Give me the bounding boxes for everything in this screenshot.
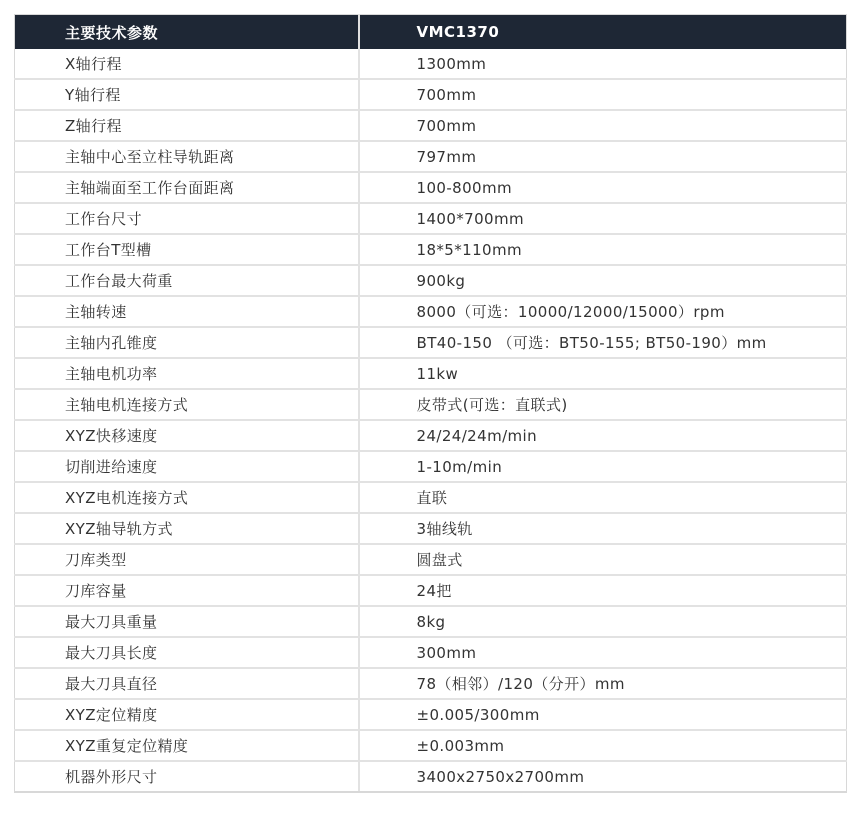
param-cell: 主轴中心至立柱导轨距离: [15, 141, 359, 172]
value-cell: BT40-150 （可选：BT50-155; BT50-190）mm: [359, 327, 847, 358]
table-row: 主轴内孔锥度 BT40-150 （可选：BT50-155; BT50-190）m…: [15, 327, 847, 358]
param-cell: 主轴端面至工作台面距离: [15, 172, 359, 203]
table-row: 刀库类型 圆盘式: [15, 544, 847, 575]
param-cell: 主轴内孔锥度: [15, 327, 359, 358]
param-cell: 刀库容量: [15, 575, 359, 606]
param-cell: 刀库类型: [15, 544, 359, 575]
param-cell: X轴行程: [15, 49, 359, 79]
value-cell: 900kg: [359, 265, 847, 296]
table-row: 刀库容量 24把: [15, 575, 847, 606]
table-row: 最大刀具重量 8kg: [15, 606, 847, 637]
value-cell: 78（相邻）/120（分开）mm: [359, 668, 847, 699]
value-cell: 24/24/24m/min: [359, 420, 847, 451]
table-row: 主轴电机功率 11kw: [15, 358, 847, 389]
table-row: Y轴行程 700mm: [15, 79, 847, 110]
value-cell: 圆盘式: [359, 544, 847, 575]
value-cell: 1300mm: [359, 49, 847, 79]
table-header-row: 主要技术参数 VMC1370: [15, 15, 847, 50]
value-cell: 100-800mm: [359, 172, 847, 203]
value-cell: 700mm: [359, 79, 847, 110]
table-row: XYZ轴导轨方式 3轴线轨: [15, 513, 847, 544]
value-cell: 3轴线轨: [359, 513, 847, 544]
param-cell: XYZ定位精度: [15, 699, 359, 730]
value-cell: ±0.005/300mm: [359, 699, 847, 730]
value-cell: 1400*700mm: [359, 203, 847, 234]
value-cell: 1-10m/min: [359, 451, 847, 482]
table-row: 工作台T型槽 18*5*110mm: [15, 234, 847, 265]
param-cell: 主轴转速: [15, 296, 359, 327]
table-row: XYZ定位精度 ±0.005/300mm: [15, 699, 847, 730]
value-cell: 24把: [359, 575, 847, 606]
param-cell: XYZ电机连接方式: [15, 482, 359, 513]
table-row: XYZ重复定位精度 ±0.003mm: [15, 730, 847, 761]
value-cell: 797mm: [359, 141, 847, 172]
table-row: 主轴中心至立柱导轨距离 797mm: [15, 141, 847, 172]
table-row: X轴行程 1300mm: [15, 49, 847, 79]
param-cell: 最大刀具直径: [15, 668, 359, 699]
param-cell: XYZ轴导轨方式: [15, 513, 359, 544]
param-cell: 工作台最大荷重: [15, 265, 359, 296]
table-row: 切削进给速度 1-10m/min: [15, 451, 847, 482]
param-cell: Z轴行程: [15, 110, 359, 141]
value-cell: 皮带式(可选：直联式): [359, 389, 847, 420]
table-row: Z轴行程 700mm: [15, 110, 847, 141]
value-cell: 300mm: [359, 637, 847, 668]
value-cell: ±0.003mm: [359, 730, 847, 761]
param-cell: 工作台T型槽: [15, 234, 359, 265]
value-cell: 18*5*110mm: [359, 234, 847, 265]
param-cell: 主轴电机连接方式: [15, 389, 359, 420]
param-cell: 主轴电机功率: [15, 358, 359, 389]
value-cell: 8kg: [359, 606, 847, 637]
param-cell: 切削进给速度: [15, 451, 359, 482]
table-row: 最大刀具长度 300mm: [15, 637, 847, 668]
table-row: 机器外形尺寸 3400x2750x2700mm: [15, 761, 847, 792]
spec-table: 主要技术参数 VMC1370 X轴行程 1300mm Y轴行程 700mm Z轴…: [14, 14, 847, 793]
table-row: XYZ快移速度 24/24/24m/min: [15, 420, 847, 451]
param-cell: XYZ重复定位精度: [15, 730, 359, 761]
value-cell: 700mm: [359, 110, 847, 141]
table-row: XYZ电机连接方式 直联: [15, 482, 847, 513]
table-row: 主轴转速 8000（可选：10000/12000/15000）rpm: [15, 296, 847, 327]
param-cell: 最大刀具重量: [15, 606, 359, 637]
value-cell: 直联: [359, 482, 847, 513]
table-row: 工作台尺寸 1400*700mm: [15, 203, 847, 234]
table-row: 主轴电机连接方式 皮带式(可选：直联式): [15, 389, 847, 420]
model-header: VMC1370: [359, 15, 847, 50]
value-cell: 3400x2750x2700mm: [359, 761, 847, 792]
value-cell: 8000（可选：10000/12000/15000）rpm: [359, 296, 847, 327]
param-cell: 机器外形尺寸: [15, 761, 359, 792]
table-row: 主轴端面至工作台面距离 100-800mm: [15, 172, 847, 203]
param-header: 主要技术参数: [15, 15, 359, 50]
table-row: 最大刀具直径 78（相邻）/120（分开）mm: [15, 668, 847, 699]
value-cell: 11kw: [359, 358, 847, 389]
param-cell: 工作台尺寸: [15, 203, 359, 234]
param-cell: XYZ快移速度: [15, 420, 359, 451]
param-cell: 最大刀具长度: [15, 637, 359, 668]
page: 主要技术参数 VMC1370 X轴行程 1300mm Y轴行程 700mm Z轴…: [0, 0, 860, 828]
param-cell: Y轴行程: [15, 79, 359, 110]
table-row: 工作台最大荷重 900kg: [15, 265, 847, 296]
